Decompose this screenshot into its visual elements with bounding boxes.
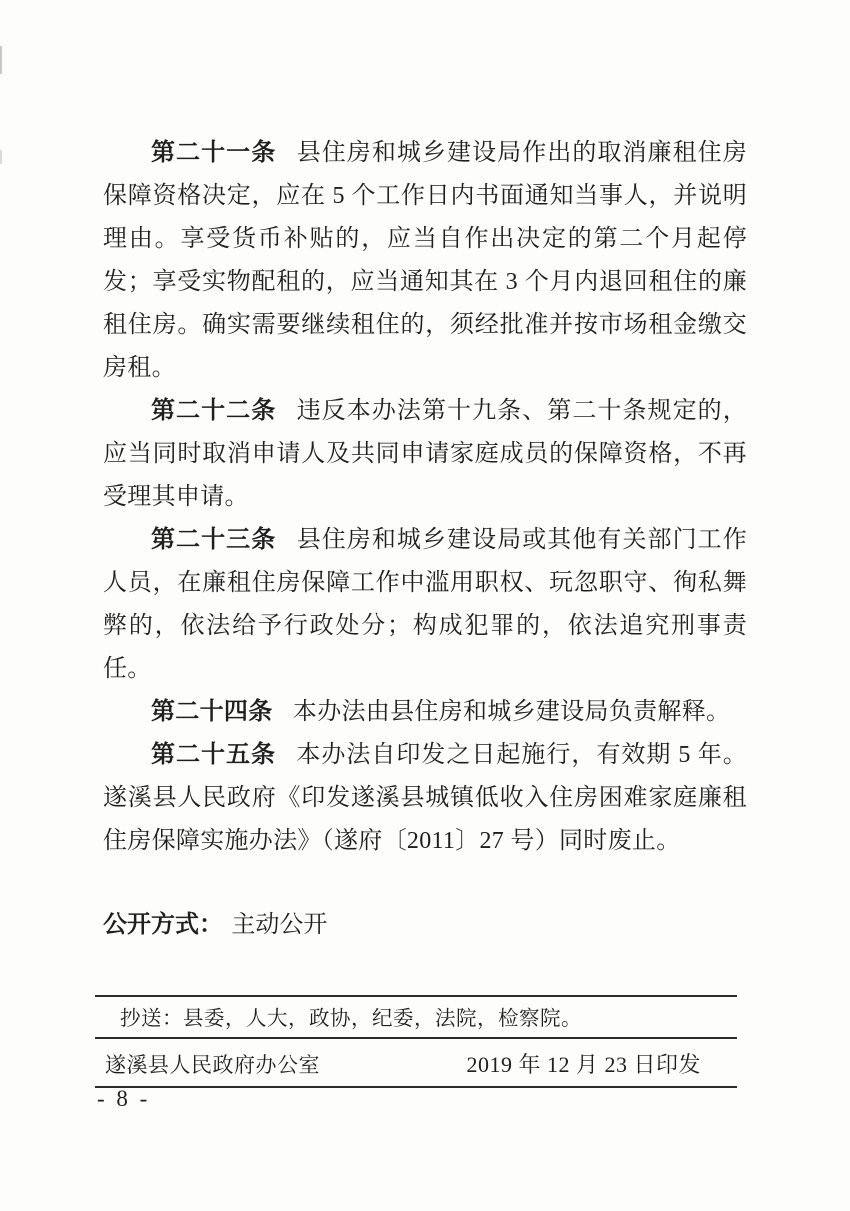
document-body: 第二十一条县住房和城乡建设局作出的取消廉租住房保障资格决定，应在 5 个工作日内… (103, 132, 747, 863)
article-paragraph: 第二十四条本办法由县住房和城乡建设局负责解释。 (103, 691, 747, 734)
disclosure-label: 公开方式： (103, 912, 231, 938)
article-text: 县住房和城乡建设局作出的取消廉租住房保障资格决定，应在 5 个工作日内书面通知当… (103, 140, 747, 381)
issuing-office: 遂溪县人民政府办公室 (105, 1049, 320, 1079)
article-text: 本办法由县住房和城乡建设局负责解释。 (293, 699, 730, 725)
cc-line: 抄送：县委，人大，政协，纪委，法院，检察院。 (120, 1004, 582, 1034)
footer-divider-middle (95, 1037, 737, 1039)
article-number: 第二十三条 (151, 527, 297, 553)
cc-recipients: 县委，人大，政协，纪委，法院，检察院。 (183, 1008, 582, 1030)
article-paragraph: 第二十二条违反本办法第十九条、第二十条规定的，应当同时取消申请人及共同申请家庭成… (103, 390, 747, 519)
article-number: 第二十一条 (151, 140, 297, 166)
disclosure-value: 主动公开 (231, 912, 327, 938)
disclosure-line: 公开方式：主动公开 (103, 908, 327, 942)
footer-divider-bottom (95, 1086, 737, 1088)
scan-edge-artifact (0, 46, 2, 74)
scan-edge-artifact (0, 150, 2, 164)
article-number: 第二十四条 (151, 699, 293, 725)
issuer-line: 遂溪县人民政府办公室 2019 年 12 月 23 日印发 (105, 1048, 737, 1079)
article-paragraph: 第二十一条县住房和城乡建设局作出的取消廉租住房保障资格决定，应在 5 个工作日内… (103, 132, 747, 390)
article-paragraph: 第二十五条本办法自印发之日起施行，有效期 5 年。遂溪县人民政府《印发遂溪县城镇… (103, 734, 747, 863)
document-page: 第二十一条县住房和城乡建设局作出的取消廉租住房保障资格决定，应在 5 个工作日内… (0, 0, 850, 1211)
print-date: 2019 年 12 月 23 日印发 (466, 1048, 737, 1079)
page-number: - 8 - (97, 1086, 150, 1112)
article-paragraph: 第二十三条县住房和城乡建设局或其他有关部门工作人员，在廉租住房保障工作中滥用职权… (103, 519, 747, 691)
cc-label: 抄送： (120, 1008, 183, 1030)
article-number: 第二十二条 (151, 398, 297, 424)
article-number: 第二十五条 (151, 742, 296, 768)
footer-divider-top (95, 995, 737, 997)
